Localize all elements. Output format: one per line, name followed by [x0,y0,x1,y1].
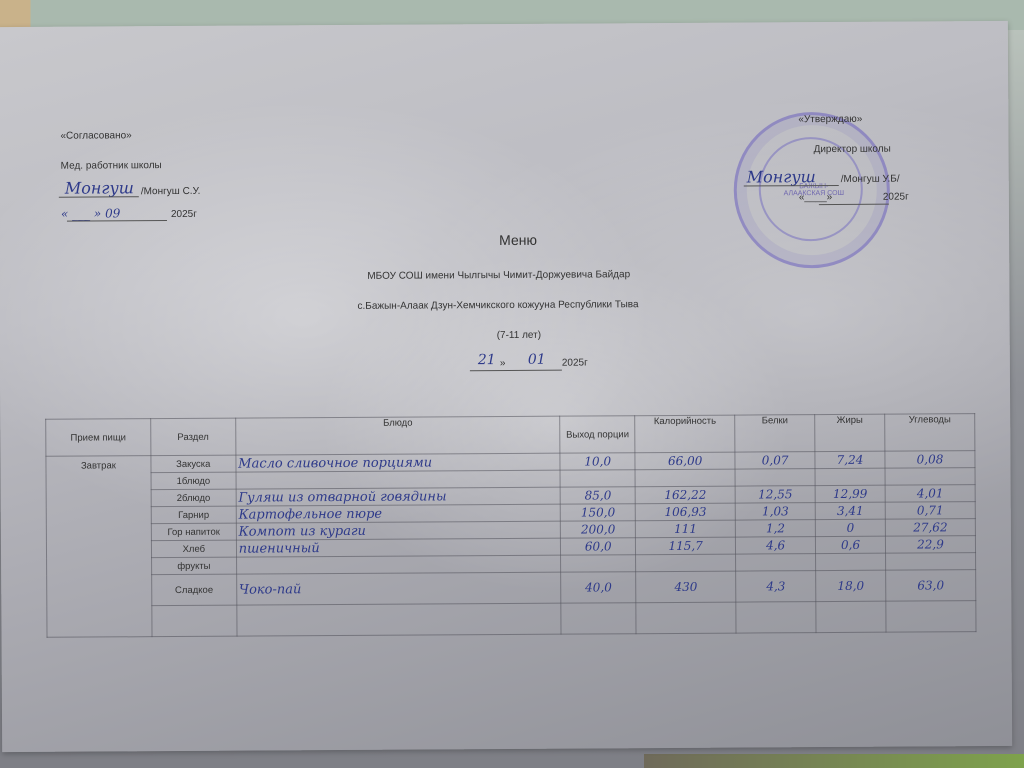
date-line-left [67,220,167,222]
dish-cell: Масло сливочное порциями [236,453,561,472]
approved-left-date-suffix: 2025г [171,209,197,220]
menu-table: Прием пищи Раздел Блюдо Выход порции Кал… [45,413,976,638]
empty-cell [886,601,976,633]
dish-cell: пшеничный [236,538,561,557]
date-day: 21 [478,352,496,368]
dish-cell: Чоко-пай [236,572,561,605]
portion-cell: 200,0 [561,521,636,538]
fat-cell [816,553,886,570]
approved-left-signature: Монгуш [65,178,134,197]
fat-cell [815,468,885,485]
school-name: МБОУ СОШ имени Чылгычы Чимит-Доржуевича … [367,269,630,282]
carbs-cell: 63,0 [886,570,976,602]
dish-cell: Компот из кураги [236,521,561,540]
carbs-cell: 0,71 [885,502,975,520]
approved-left-date-handwritten: « ___ » 09 [61,206,120,220]
approved-left-name: /Монгуш С.У. [141,186,201,197]
date-month: 01 [528,352,546,368]
fat-cell: 7,24 [815,451,885,468]
protein-cell: 4,3 [736,571,816,602]
school-stamp: БАЖЫН-АЛААКСКАЯ СОШ [733,112,890,269]
protein-cell: 1,03 [735,503,815,520]
background-bottom [644,754,1024,768]
empty-cell [152,605,237,637]
portion-cell: 150,0 [561,504,636,521]
section-cell: 2блюдо [151,489,236,507]
protein-cell: 4,6 [736,537,816,554]
calories-cell: 430 [636,571,736,603]
carbs-cell: 22,9 [885,536,975,554]
signature-line-left [59,196,139,197]
menu-sheet: «Согласовано» Мед. работник школы Монгуш… [0,21,1012,752]
column-header: Жиры [815,414,885,451]
empty-cell [636,602,736,634]
section-cell: Гарнир [151,506,236,524]
carbs-cell: 4,01 [885,485,975,503]
portion-cell [560,470,635,487]
section-cell: Сладкое [152,574,237,606]
protein-cell: 0,07 [735,452,815,469]
menu-title: Меню [499,232,537,248]
portion-cell: 85,0 [560,487,635,504]
portion-cell: 40,0 [561,572,636,603]
column-header: Калорийность [635,415,735,453]
date-line [470,370,562,372]
column-header: Прием пищи [46,419,151,457]
column-header: Углеводы [885,414,975,452]
fat-cell: 12,99 [815,485,885,502]
approved-right-date-prefix: «____» [799,192,832,203]
protein-cell: 12,55 [735,486,815,503]
protein-cell [735,469,815,486]
section-cell: Гор напиток [151,523,236,541]
protein-cell: 1,2 [735,520,815,537]
fat-cell: 0 [815,519,885,536]
calories-cell [636,554,736,572]
table-header-row: Прием пищи Раздел Блюдо Выход порции Кал… [46,414,975,457]
fat-cell: 18,0 [816,570,886,601]
column-header: Белки [735,415,815,452]
approved-right-date-suffix: 2025г [883,192,909,203]
portion-cell: 60,0 [561,538,636,555]
column-header: Раздел [151,418,236,456]
fat-cell: 0,6 [816,536,886,553]
approved-right-title: «Утверждаю» [798,114,862,125]
carbs-cell: 27,62 [885,519,975,537]
empty-cell [736,602,816,633]
portion-cell [561,555,636,572]
calories-cell: 162,22 [635,486,735,504]
calories-cell: 111 [636,520,736,538]
empty-cell [816,601,886,632]
column-header: Блюдо [235,416,560,455]
carbs-cell [885,468,975,486]
dish-cell: Картофельное пюре [236,504,561,523]
protein-cell [736,554,816,571]
table-row-empty [47,601,976,638]
date-year: 2025г [562,357,588,368]
dish-cell: Гуляш из отварной говядины [236,487,561,506]
carbs-cell [886,553,976,571]
section-cell: Хлеб [151,540,236,558]
section-cell: 1блюдо [151,472,236,490]
portion-cell: 10,0 [560,453,635,470]
calories-cell: 66,00 [635,452,735,470]
approved-left-title: «Согласовано» [60,130,131,141]
approved-right-position: Директор школы [814,144,891,155]
calories-cell: 115,7 [636,537,736,555]
fat-cell: 3,41 [815,502,885,519]
section-cell: фрукты [151,557,236,575]
section-cell: Закуска [151,455,236,473]
approved-right-signature: Монгуш [747,167,816,186]
calories-cell: 106,93 [635,503,735,521]
dish-cell [236,555,561,574]
carbs-cell: 0,08 [885,451,975,469]
approved-right-name: /Монгуш У.Б/ [841,174,900,185]
school-location: с.Бажын-Алаак Дзун-Хемчикского кожууна Р… [357,299,638,312]
age-group: (7-11 лет) [497,330,541,341]
empty-cell [561,603,636,634]
calories-cell [635,469,735,487]
date-quote: » [500,358,506,369]
empty-cell [237,603,562,636]
column-header: Выход порции [560,416,635,453]
dish-cell [236,470,561,489]
approved-left-position: Мед. работник школы [61,160,162,172]
meal-cell: Завтрак [46,456,152,638]
